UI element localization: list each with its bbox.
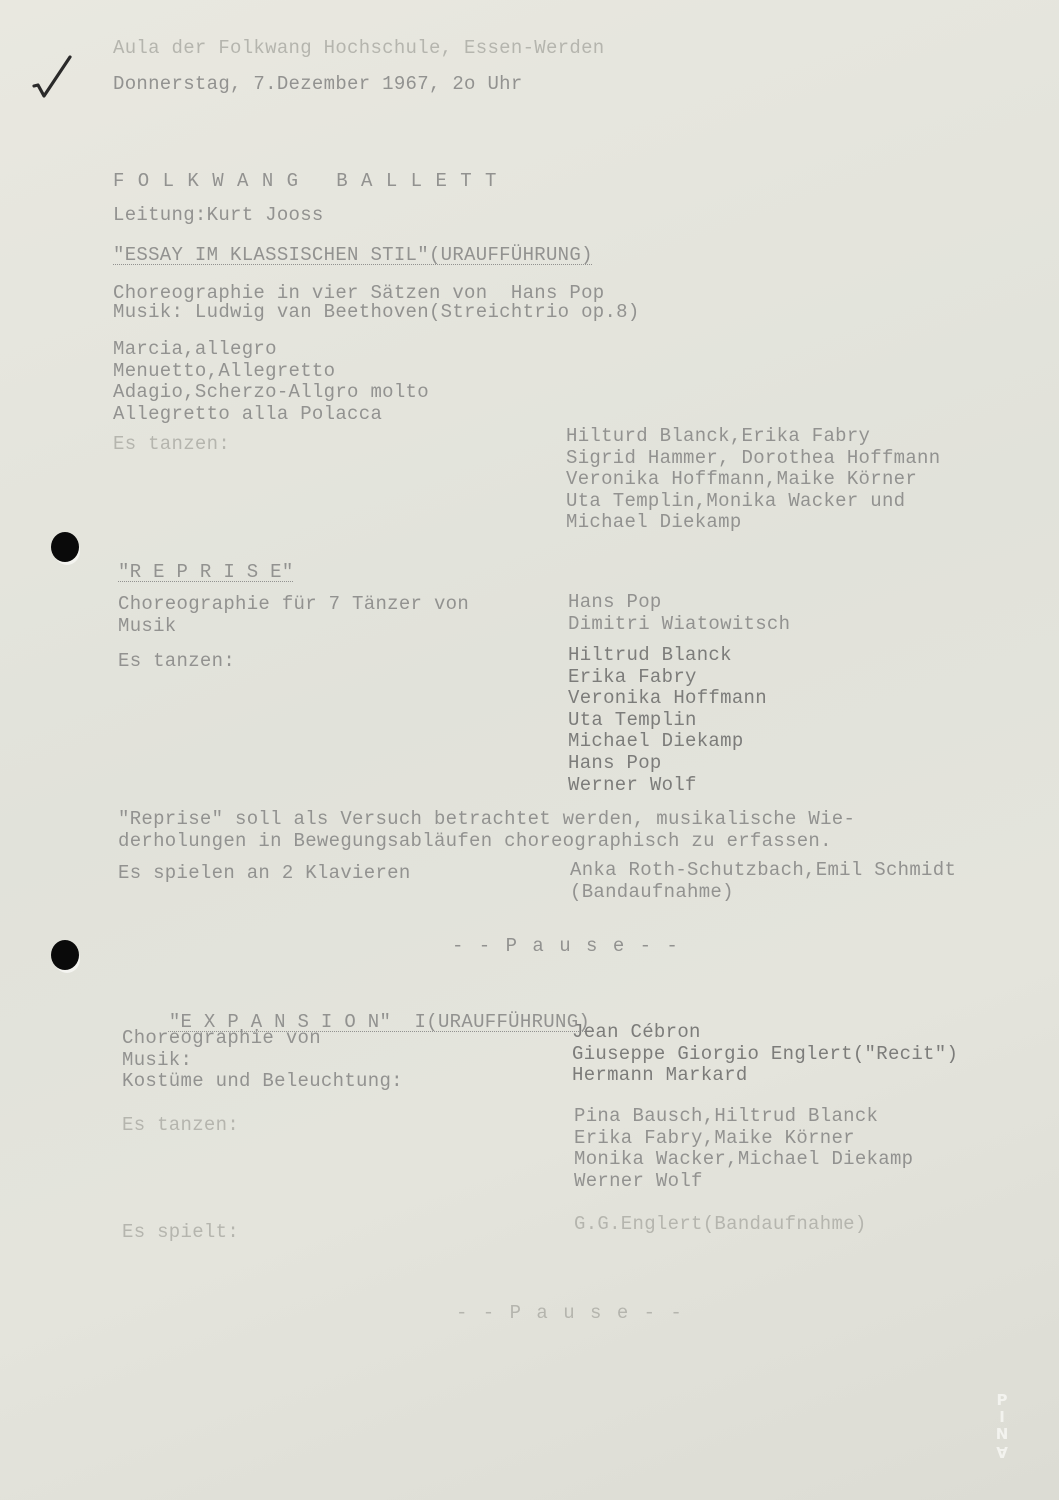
dancer-line: Hiltrud Blanck [568,645,767,667]
dancer-line: Erika Fabry [568,667,767,689]
reprise-dancers: Hiltrud Blanck Erika Fabry Veronika Hoff… [568,645,767,796]
credit-label: Choreographie für 7 Tänzer von [118,594,469,616]
expansion-players: G.G.Englert(Bandaufnahme) [574,1214,867,1236]
pause-marker: - - P a u s e - - [452,936,680,958]
credit-label: Musik: [122,1050,403,1072]
credit-value: Hermann Markard [572,1065,958,1087]
essay-movements: Marcia,allegro Menuetto,Allegretto Adagi… [113,339,429,425]
player-line: Anka Roth-Schutzbach,Emil Schmidt [570,860,956,882]
movement-item: Adagio,Scherzo-Allgro molto [113,382,429,404]
piece-title-reprise: "R E P R I S E" [118,562,294,584]
reprise-note: "Reprise" soll als Versuch betrachtet we… [118,809,855,852]
expansion-dancers: Pina Bausch,Hiltrud Blanck Erika Fabry,M… [574,1106,913,1192]
credit-value: Dimitri Wiatowitsch [568,614,790,636]
punch-hole-top [51,532,79,562]
expansion-dancers-label: Es tanzen: [122,1115,239,1137]
reprise-players: Anka Roth-Schutzbach,Emil Schmidt (Banda… [570,860,956,903]
expansion-credit-values: Jean Cébron Giuseppe Giorgio Englert("Re… [572,1022,958,1087]
punch-hole-bottom [51,940,79,970]
pause-marker: - - P a u s e - - [456,1303,684,1325]
venue-line: Aula der Folkwang Hochschule, Essen-Werd… [113,38,604,60]
watermark-letter: I [993,1409,1011,1426]
pina-watermark: P I N A [993,1392,1011,1460]
credit-label: Kostüme und Beleuchtung: [122,1071,403,1093]
watermark-letter: A [993,1443,1011,1460]
company-name: F O L K W A N G B A L L E T T [113,171,497,193]
dancer-line: Erika Fabry,Maike Körner [574,1128,913,1150]
date-line: Donnerstag, 7.Dezember 1967, 2o Uhr [113,74,523,96]
piece-title-essay: "ESSAY IM KLASSISCHEN STIL"(URAUFFÜHRUNG… [113,245,593,267]
note-line: "Reprise" soll als Versuch betrachtet we… [118,809,855,831]
movement-item: Allegretto alla Polacca [113,404,429,426]
credit-label: Musik [118,616,469,638]
player-line: G.G.Englert(Bandaufnahme) [574,1214,867,1236]
dancer-line: Michael Diekamp [568,731,767,753]
reprise-credit-values: Hans Pop Dimitri Wiatowitsch [568,592,790,635]
dancer-line: Sigrid Hammer, Dorothea Hoffmann [566,448,940,470]
note-line: derholungen in Bewegungsabläufen choreog… [118,831,855,853]
dancer-line: Veronika Hoffmann [568,688,767,710]
checkmark-icon [30,50,75,100]
company-direction: Leitung:Kurt Jooss [113,205,324,227]
dancer-line: Uta Templin,Monika Wacker und [566,491,940,513]
dancer-line: Uta Templin [568,710,767,732]
dancer-line: Veronika Hoffmann,Maike Körner [566,469,940,491]
movement-item: Marcia,allegro [113,339,429,361]
credit-value: Giuseppe Giorgio Englert("Recit") [572,1044,958,1066]
dancer-line: Monika Wacker,Michael Diekamp [574,1149,913,1171]
dancer-line: Hilturd Blanck,Erika Fabry [566,426,940,448]
reprise-dancers-label: Es tanzen: [118,651,235,673]
expansion-title-suffix: (URAUFFÜHRUNG) [426,1011,590,1033]
reprise-players-label: Es spielen an 2 Klavieren [118,863,411,885]
reprise-credit-labels: Choreographie für 7 Tänzer von Musik [118,594,469,637]
credit-value: Hans Pop [568,592,790,614]
dancer-line: Werner Wolf [574,1171,913,1193]
watermark-letter: N [993,1426,1011,1443]
watermark-letter: P [993,1392,1011,1409]
dancer-line: Pina Bausch,Hiltrud Blanck [574,1106,913,1128]
expansion-credit-labels: Choreographie von Musik: Kostüme und Bel… [122,1028,403,1093]
credit-label: Choreographie von [122,1028,403,1050]
movement-item: Menuetto,Allegretto [113,361,429,383]
essay-dancers-label: Es tanzen: [113,434,230,456]
program-page: Aula der Folkwang Hochschule, Essen-Werd… [0,0,1059,1500]
dancer-line: Hans Pop [568,753,767,775]
credit-value: Jean Cébron [572,1022,958,1044]
essay-dancers: Hilturd Blanck,Erika Fabry Sigrid Hammer… [566,426,940,534]
dancer-line: Werner Wolf [568,775,767,797]
expansion-players-label: Es spielt: [122,1222,239,1244]
dancer-line: Michael Diekamp [566,512,940,534]
essay-music: Musik: Ludwig van Beethoven(Streichtrio … [113,302,640,324]
player-line: (Bandaufnahme) [570,882,956,904]
